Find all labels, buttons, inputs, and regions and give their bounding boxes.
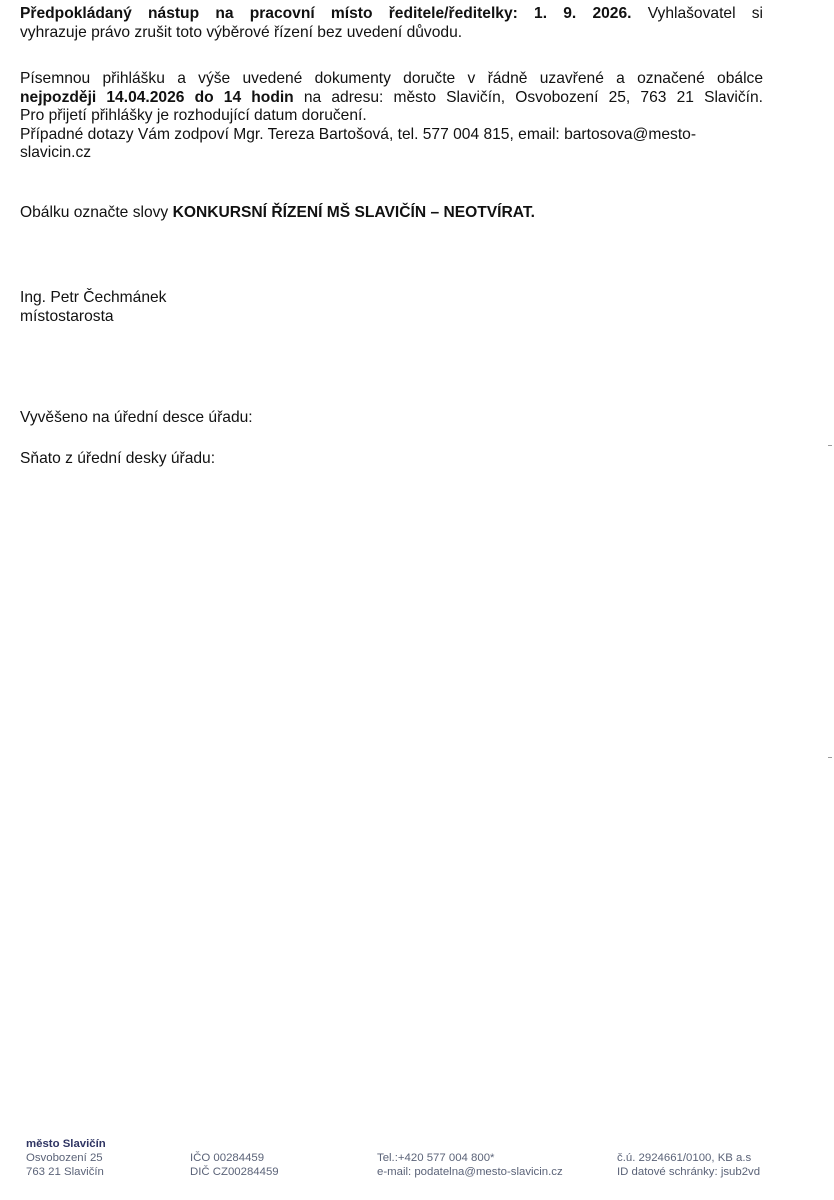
- deadline: nejpozději 14.04.2026 do 14 hodin: [20, 89, 294, 106]
- envelope-marking-paragraph: Obálku označte slovy KONKURSNÍ ŘÍZENÍ MŠ…: [20, 204, 763, 223]
- envelope-marking-label: KONKURSNÍ ŘÍZENÍ MŠ SLAVIČÍN – NEOTVÍRAT…: [173, 204, 535, 221]
- start-date-paragraph: Předpokládaný nástup na pracovní místo ř…: [20, 5, 763, 42]
- removed-from-board-label: Sňato z úřední desky úřadu:: [20, 450, 763, 469]
- footer-data-box: ID datové schránky: jsub2vd: [617, 1165, 760, 1179]
- submission-paragraph: Písemnou přihlášku a výše uvedené dokume…: [20, 70, 763, 163]
- footer-address-column: město Slavičín Osvobození 25 763 21 Slav…: [26, 1137, 106, 1179]
- delivery-date-note: Pro přijetí přihlášky je rozhodující dat…: [20, 107, 763, 126]
- fold-mark-lower: [828, 757, 832, 758]
- footer-ids-column: IČO 00284459 DIČ CZ00284459: [190, 1151, 279, 1179]
- footer-email: e-mail: podatelna@mesto-slavicin.cz: [377, 1165, 563, 1179]
- submission-line-2: nejpozději 14.04.2026 do 14 hodin na adr…: [20, 89, 763, 108]
- footer-bank-column: č.ú. 2924661/0100, KB a.s ID datové schr…: [617, 1151, 760, 1179]
- contact-email-continuation: slavicin.cz: [20, 144, 763, 163]
- signature-block: Ing. Petr Čechmánek místostarosta: [20, 289, 763, 326]
- posted-on-board-label: Vyvěšeno na úřední desce úřadu:: [20, 409, 763, 428]
- submission-address: na adresu: město Slavičín, Osvobození 25…: [294, 89, 763, 106]
- envelope-marking-text: Obálku označte slovy: [20, 204, 173, 221]
- footer-dic: DIČ CZ00284459: [190, 1165, 279, 1179]
- reservation-start: Vyhlašovatel si: [632, 5, 764, 22]
- signatory-title: místostarosta: [20, 308, 763, 327]
- footer-city: 763 21 Slavičín: [26, 1165, 106, 1179]
- contact-info-line: Případné dotazy Vám zodpoví Mgr. Tereza …: [20, 126, 763, 145]
- footer-street: Osvobození 25: [26, 1151, 106, 1165]
- footer-phone: Tel.:+420 577 004 800*: [377, 1151, 563, 1165]
- footer-org-name: město Slavičín: [26, 1137, 106, 1151]
- footer-ico: IČO 00284459: [190, 1151, 279, 1165]
- start-date-statement: Předpokládaný nástup na pracovní místo ř…: [20, 5, 632, 22]
- signatory-name: Ing. Petr Čechmánek: [20, 289, 763, 308]
- submission-line-1: Písemnou přihlášku a výše uvedené dokume…: [20, 70, 763, 89]
- reservation-line: vyhrazuje právo zrušit toto výběrové říz…: [20, 24, 763, 43]
- footer-bank-account: č.ú. 2924661/0100, KB a.s: [617, 1151, 760, 1165]
- fold-mark-upper: [828, 445, 832, 446]
- footer-contact-column: Tel.:+420 577 004 800* e-mail: podatelna…: [377, 1151, 563, 1179]
- start-date-line-1: Předpokládaný nástup na pracovní místo ř…: [20, 5, 763, 24]
